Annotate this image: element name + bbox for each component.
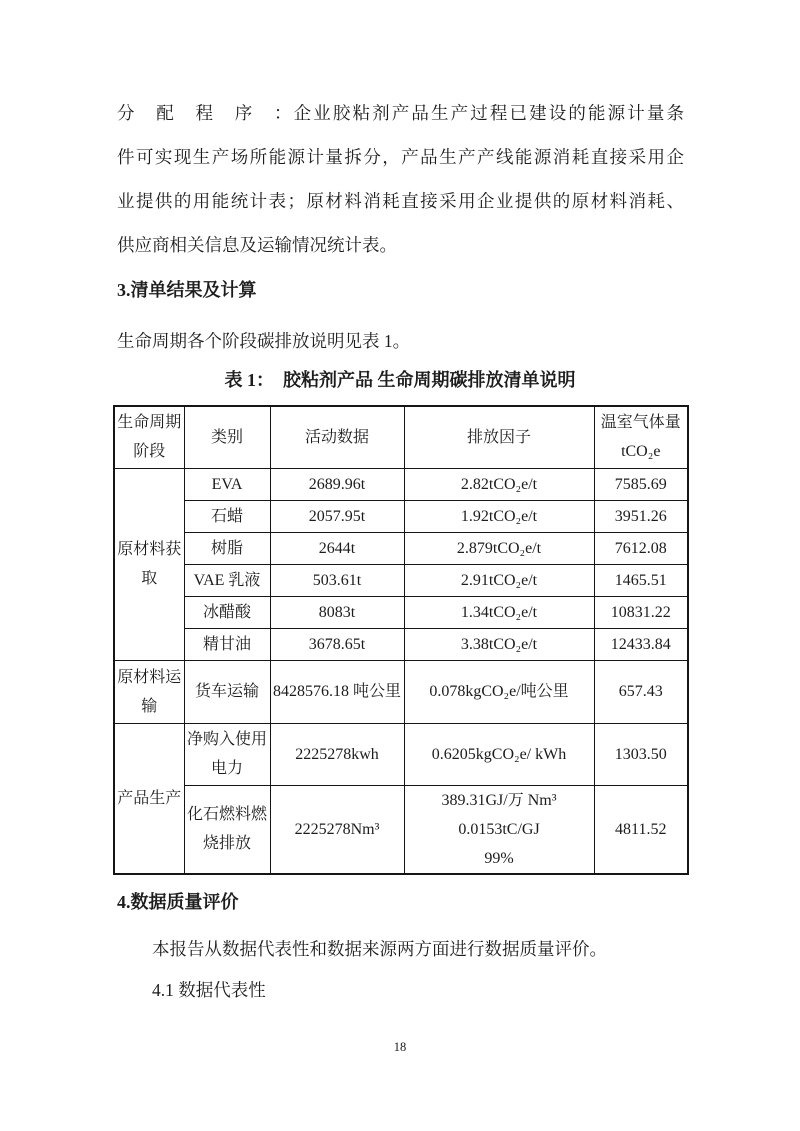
cell-activity-data: 8428576.18 吨公里 — [270, 660, 404, 723]
cell-ghg-amount: 4811.52 — [594, 785, 688, 874]
table-row: 产品生产 净购入使用 电力 2225278kwh 0.6205kgCO₂e/ k… — [114, 723, 688, 785]
cell-activity-data: 2689.96t — [270, 468, 404, 500]
table-header-row: 生命周期 阶段 类别 活动数据 排放因子 温室气体量 tCO₂e — [114, 406, 688, 468]
cell-category: 净购入使用 电力 — [184, 723, 270, 785]
table-row: VAE 乳液 503.61t 2.91tCO₂e/t 1465.51 — [114, 564, 688, 596]
cell-emission-factor: 3.38tCO₂e/t — [404, 628, 594, 660]
table-row: 冰醋酸 8083t 1.34tCO₂e/t 10831.22 — [114, 596, 688, 628]
cell-ghg-amount: 7585.69 — [594, 468, 688, 500]
cell-activity-data: 8083t — [270, 596, 404, 628]
cell-activity-data: 2644t — [270, 532, 404, 564]
page-number: 18 — [0, 1040, 800, 1055]
cell-emission-factor: 2.82tCO₂e/t — [404, 468, 594, 500]
cell-category: 石蜡 — [184, 500, 270, 532]
cell-emission-factor: 1.34tCO₂e/t — [404, 596, 594, 628]
cell-emission-factor: 2.91tCO₂e/t — [404, 564, 594, 596]
cell-category: EVA — [184, 468, 270, 500]
table-row: 精甘油 3678.65t 3.38tCO₂e/t 12433.84 — [114, 628, 688, 660]
cell-activity-data: 3678.65t — [270, 628, 404, 660]
cell-activity-data: 2057.95t — [270, 500, 404, 532]
cell-emission-factor: 2.879tCO₂e/t — [404, 532, 594, 564]
table-row: 原材料获 取 EVA 2689.96t 2.82tCO₂e/t 7585.69 — [114, 468, 688, 500]
table-row: 石蜡 2057.95t 1.92tCO₂e/t 3951.26 — [114, 500, 688, 532]
col-header-ghg: 温室气体量 tCO₂e — [594, 406, 688, 468]
col-header-category: 类别 — [184, 406, 270, 468]
section-3-heading: 3.清单结果及计算 — [117, 276, 257, 302]
paragraph-line: 件可实现生产场所能源计量拆分，产品生产产线能源消耗直接采用企 — [117, 135, 684, 179]
cell-ghg-amount: 657.43 — [594, 660, 688, 723]
cell-category: 精甘油 — [184, 628, 270, 660]
table-intro-text: 生命周期各个阶段碳排放说明见表 1。 — [117, 328, 410, 353]
stage-cell-product-production: 产品生产 — [114, 723, 184, 874]
cell-ghg-amount: 12433.84 — [594, 628, 688, 660]
cell-ghg-amount: 10831.22 — [594, 596, 688, 628]
cell-ghg-amount: 7612.08 — [594, 532, 688, 564]
cell-ghg-amount: 1303.50 — [594, 723, 688, 785]
stage-cell-raw-material-transport: 原材料运 输 — [114, 660, 184, 723]
table-row: 树脂 2644t 2.879tCO₂e/t 7612.08 — [114, 532, 688, 564]
cell-emission-factor: 0.6205kgCO₂e/ kWh — [404, 723, 594, 785]
col-header-activity: 活动数据 — [270, 406, 404, 468]
paragraph-line: 分 配 程 序 ：企业胶粘剂产品生产过程已建设的能源计量条 — [117, 91, 684, 135]
col-header-factor: 排放因子 — [404, 406, 594, 468]
cell-activity-data: 2225278Nm³ — [270, 785, 404, 874]
col-header-stage: 生命周期 阶段 — [114, 406, 184, 468]
cell-ghg-amount: 1465.51 — [594, 564, 688, 596]
table-caption: 表 1： 胶粘剂产品 生命周期碳排放清单说明 — [0, 366, 800, 392]
document-page: 分 配 程 序 ：企业胶粘剂产品生产过程已建设的能源计量条 件可实现生产场所能源… — [0, 0, 800, 1131]
cell-emission-factor: 389.31GJ/万 Nm³ 0.0153tC/GJ 99% — [404, 785, 594, 874]
section-4-heading: 4.数据质量评价 — [117, 888, 239, 914]
table-row: 化石燃料燃 烧排放 2225278Nm³ 389.31GJ/万 Nm³ 0.01… — [114, 785, 688, 874]
cell-activity-data: 2225278kwh — [270, 723, 404, 785]
section-4-body: 本报告从数据代表性和数据来源两方面进行数据质量评价。 — [152, 936, 607, 961]
section-4-1-heading: 4.1 数据代表性 — [152, 977, 266, 1002]
cell-emission-factor: 0.078kgCO₂e/吨公里 — [404, 660, 594, 723]
cell-category: VAE 乳液 — [184, 564, 270, 596]
cell-category: 化石燃料燃 烧排放 — [184, 785, 270, 874]
stage-cell-raw-material-acquisition: 原材料获 取 — [114, 468, 184, 660]
emissions-table: 生命周期 阶段 类别 活动数据 排放因子 温室气体量 tCO₂e 原材料获 取 … — [113, 405, 689, 875]
cell-category: 货车运输 — [184, 660, 270, 723]
cell-ghg-amount: 3951.26 — [594, 500, 688, 532]
cell-emission-factor: 1.92tCO₂e/t — [404, 500, 594, 532]
table-row: 原材料运 输 货车运输 8428576.18 吨公里 0.078kgCO₂e/吨… — [114, 660, 688, 723]
paragraph-line: 业提供的用能统计表；原材料消耗直接采用企业提供的原材料消耗、 — [117, 179, 684, 223]
cell-category: 树脂 — [184, 532, 270, 564]
allocation-paragraph: 分 配 程 序 ：企业胶粘剂产品生产过程已建设的能源计量条 件可实现生产场所能源… — [117, 91, 684, 267]
cell-activity-data: 503.61t — [270, 564, 404, 596]
cell-category: 冰醋酸 — [184, 596, 270, 628]
paragraph-line: 供应商相关信息及运输情况统计表。 — [117, 223, 684, 267]
